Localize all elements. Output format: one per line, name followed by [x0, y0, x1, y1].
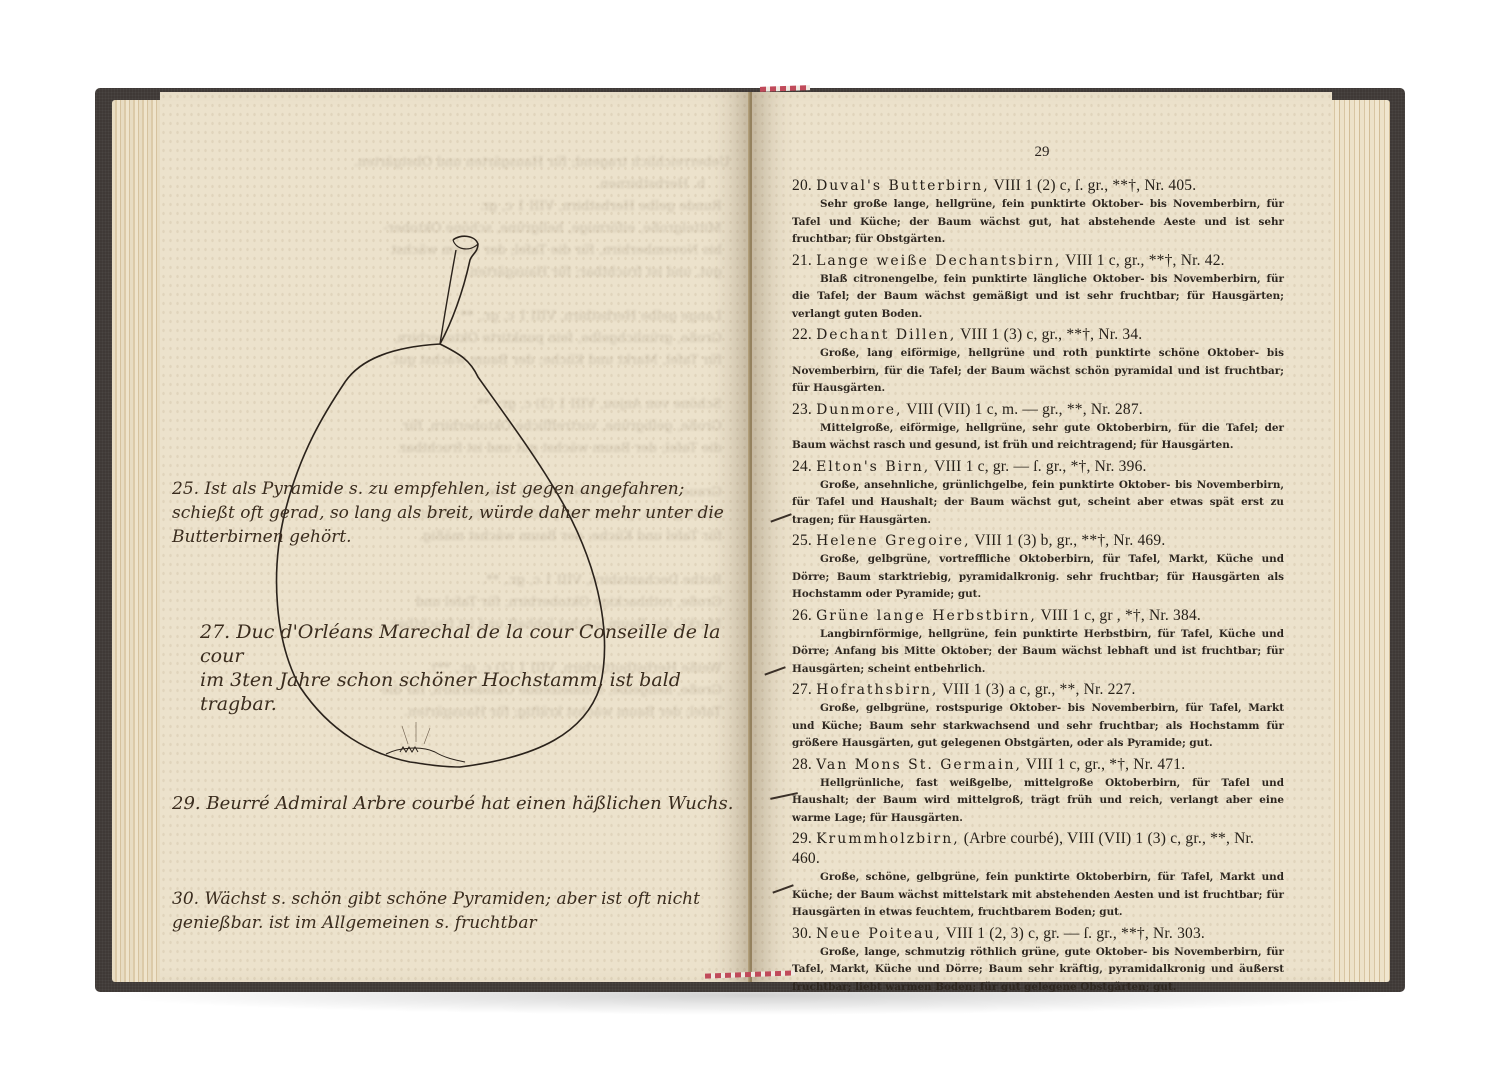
entry-number: 25.: [792, 532, 812, 549]
note-number: 25.: [172, 479, 199, 499]
note-number: 29.: [172, 793, 201, 814]
note-text: Duc d'Orléans Marechal de la cour Consei…: [200, 621, 720, 667]
entry-25: 25. Helene Gregoire, VIII 1 (3) b, gr., …: [792, 531, 1284, 604]
variety-spec: VIII 1 (2, 3) c, gr. — ſ. gr., **†, Nr. …: [946, 925, 1205, 942]
left-page-stack: [112, 100, 167, 982]
catalogue-entries: 20. Duval's Butterbirn, VIII 1 (2) c, ſ.…: [792, 176, 1284, 998]
entry-number: 24.: [792, 458, 812, 475]
variety-spec: VIII 1 c, gr., *†, Nr. 471.: [1026, 756, 1186, 773]
entry-description: Große, schöne, gelbgrüne, fein punktirte…: [792, 869, 1284, 922]
entry-number: 26.: [792, 607, 812, 624]
variety-spec: VIII 1 (3) b, gr., **†, Nr. 469.: [974, 532, 1165, 549]
entry-number: 22.: [792, 326, 812, 343]
entry-number: 23.: [792, 401, 812, 418]
pencil-tick-mark: [770, 513, 791, 522]
entry-21: 21. Lange weiße Dechantsbirn, VIII 1 c, …: [792, 251, 1284, 324]
entry-title: 30. Neue Poiteau, VIII 1 (2, 3) c, gr. —…: [792, 924, 1284, 944]
entry-23: 23. Dunmore, VIII (VII) 1 c, m. — gr., *…: [792, 400, 1284, 455]
entry-description: Mittelgroße, eiförmige, hellgrüne, sehr …: [792, 420, 1284, 455]
variety-name: Dunmore,: [816, 402, 902, 418]
variety-name: Helene Gregoire,: [816, 533, 970, 549]
entry-description: Große, lange, schmutzig röthlich grüne, …: [792, 944, 1284, 997]
entry-title: 21. Lange weiße Dechantsbirn, VIII 1 c, …: [792, 251, 1284, 271]
entry-number: 29.: [792, 830, 812, 847]
variety-name: Krummholzbirn,: [816, 831, 960, 847]
right-page: 29 20. Duval's Butterbirn, VIII 1 (2) c,…: [752, 92, 1332, 982]
entry-description: Große, gelbgrüne, rostspurige Oktober- b…: [792, 700, 1284, 753]
pencil-tick-mark: [772, 884, 793, 893]
entry-description: Sehr große lange, hellgrüne, fein punkti…: [792, 196, 1284, 249]
note-number: 30.: [172, 889, 199, 909]
entry-title: 22. Dechant Dillen, VIII 1 (3) c, gr., *…: [792, 325, 1284, 345]
entry-title: 29. Krummholzbirn, (Arbre courbé), VIII …: [792, 829, 1284, 869]
entry-description: Langbirnförmige, hellgrüne, fein punktir…: [792, 626, 1284, 679]
variety-name: Duval's Butterbirn,: [816, 178, 990, 194]
handwritten-note-27: 27. Duc d'Orléans Marechal de la cour Co…: [200, 620, 740, 716]
pencil-tick-mark: [764, 666, 785, 675]
entry-title: 28. Van Mons St. Germain, VIII 1 c, gr.,…: [792, 755, 1284, 775]
handwritten-note-29: 29. Beurré Admiral Arbre courbé hat eine…: [172, 792, 742, 816]
entry-description: Große, ansehnliche, grünlichgelbe, fein …: [792, 477, 1284, 530]
entry-description: Hellgrünliche, fast weißgelbe, mittelgro…: [792, 775, 1284, 828]
variety-spec: VIII 1 (2) c, ſ. gr., **†, Nr. 405.: [993, 177, 1196, 194]
page-number: 29: [752, 144, 1332, 161]
entry-30: 30. Neue Poiteau, VIII 1 (2, 3) c, gr. —…: [792, 924, 1284, 997]
entry-title: 27. Hofrathsbirn, VIII 1 (3) a c, gr., *…: [792, 680, 1284, 700]
entry-number: 27.: [792, 681, 812, 698]
entry-28: 28. Van Mons St. Germain, VIII 1 c, gr.,…: [792, 755, 1284, 828]
handwritten-note-30: 30. Wächst s. schön gibt schöne Pyramide…: [172, 887, 742, 935]
note-number: 27.: [200, 621, 230, 643]
entry-description: Blaß citronengelbe, fein punktirte längl…: [792, 271, 1284, 324]
right-page-stack: [1330, 100, 1390, 982]
entry-title: 25. Helene Gregoire, VIII 1 (3) b, gr., …: [792, 531, 1284, 551]
handwritten-note-25: 25. Ist als Pyramide s. zu empfehlen, is…: [172, 477, 742, 549]
variety-spec: VIII (VII) 1 c, m. — gr., **, Nr. 287.: [906, 401, 1143, 418]
variety-spec: VIII 1 (3) a c, gr., **, Nr. 227.: [942, 681, 1135, 698]
entry-20: 20. Duval's Butterbirn, VIII 1 (2) c, ſ.…: [792, 176, 1284, 249]
entry-description: Große, gelbgrüne, vortreffliche Oktoberb…: [792, 551, 1284, 604]
note-text: Ist als Pyramide s. zu empfehlen, ist ge…: [172, 479, 724, 547]
entry-29: 29. Krummholzbirn, (Arbre courbé), VIII …: [792, 829, 1284, 922]
entry-description: Große, lang eiförmige, hellgrüne und rot…: [792, 345, 1284, 398]
left-page: Ueberreichlich tragend; für Hausgärten u…: [160, 92, 750, 982]
variety-spec: VIII 1 (3) c, gr., **†, Nr. 34.: [960, 326, 1142, 343]
entry-title: 23. Dunmore, VIII (VII) 1 c, m. — gr., *…: [792, 400, 1284, 420]
variety-spec: VIII 1 c, gr. — ſ. gr., *†, Nr. 396.: [934, 458, 1147, 475]
entry-number: 30.: [792, 925, 812, 942]
variety-name: Grüne lange Herbstbirn,: [816, 608, 1037, 624]
variety-name: Neue Poiteau,: [816, 926, 942, 942]
variety-name: Hofrathsbirn,: [816, 682, 938, 698]
entry-27: 27. Hofrathsbirn, VIII 1 (3) a c, gr., *…: [792, 680, 1284, 753]
note-text: Wächst s. schön gibt schöne Pyramiden; a…: [172, 889, 700, 933]
variety-name: Lange weiße Dechantsbirn,: [816, 253, 1061, 269]
entry-number: 20.: [792, 177, 812, 194]
entry-22: 22. Dechant Dillen, VIII 1 (3) c, gr., *…: [792, 325, 1284, 398]
entry-26: 26. Grüne lange Herbstbirn, VIII 1 c, gr…: [792, 606, 1284, 679]
variety-spec: VIII 1 c, gr , *†, Nr. 384.: [1041, 607, 1201, 624]
note-text: Beurré Admiral Arbre courbé hat einen hä…: [206, 793, 733, 814]
entry-24: 24. Elton's Birn, VIII 1 c, gr. — ſ. gr.…: [792, 457, 1284, 530]
variety-spec: VIII 1 c, gr., **†, Nr. 42.: [1065, 252, 1225, 269]
variety-name: Van Mons St. Germain,: [816, 757, 1022, 773]
entry-number: 21.: [792, 252, 812, 269]
variety-name: Dechant Dillen,: [816, 327, 956, 343]
entry-title: 26. Grüne lange Herbstbirn, VIII 1 c, gr…: [792, 606, 1284, 626]
entry-title: 20. Duval's Butterbirn, VIII 1 (2) c, ſ.…: [792, 176, 1284, 196]
note-text-line2: im 3ten Jahre schon schöner Hochstamm, i…: [200, 669, 681, 715]
variety-name: Elton's Birn,: [816, 459, 930, 475]
entry-title: 24. Elton's Birn, VIII 1 c, gr. — ſ. gr.…: [792, 457, 1284, 477]
entry-number: 28.: [792, 756, 812, 773]
